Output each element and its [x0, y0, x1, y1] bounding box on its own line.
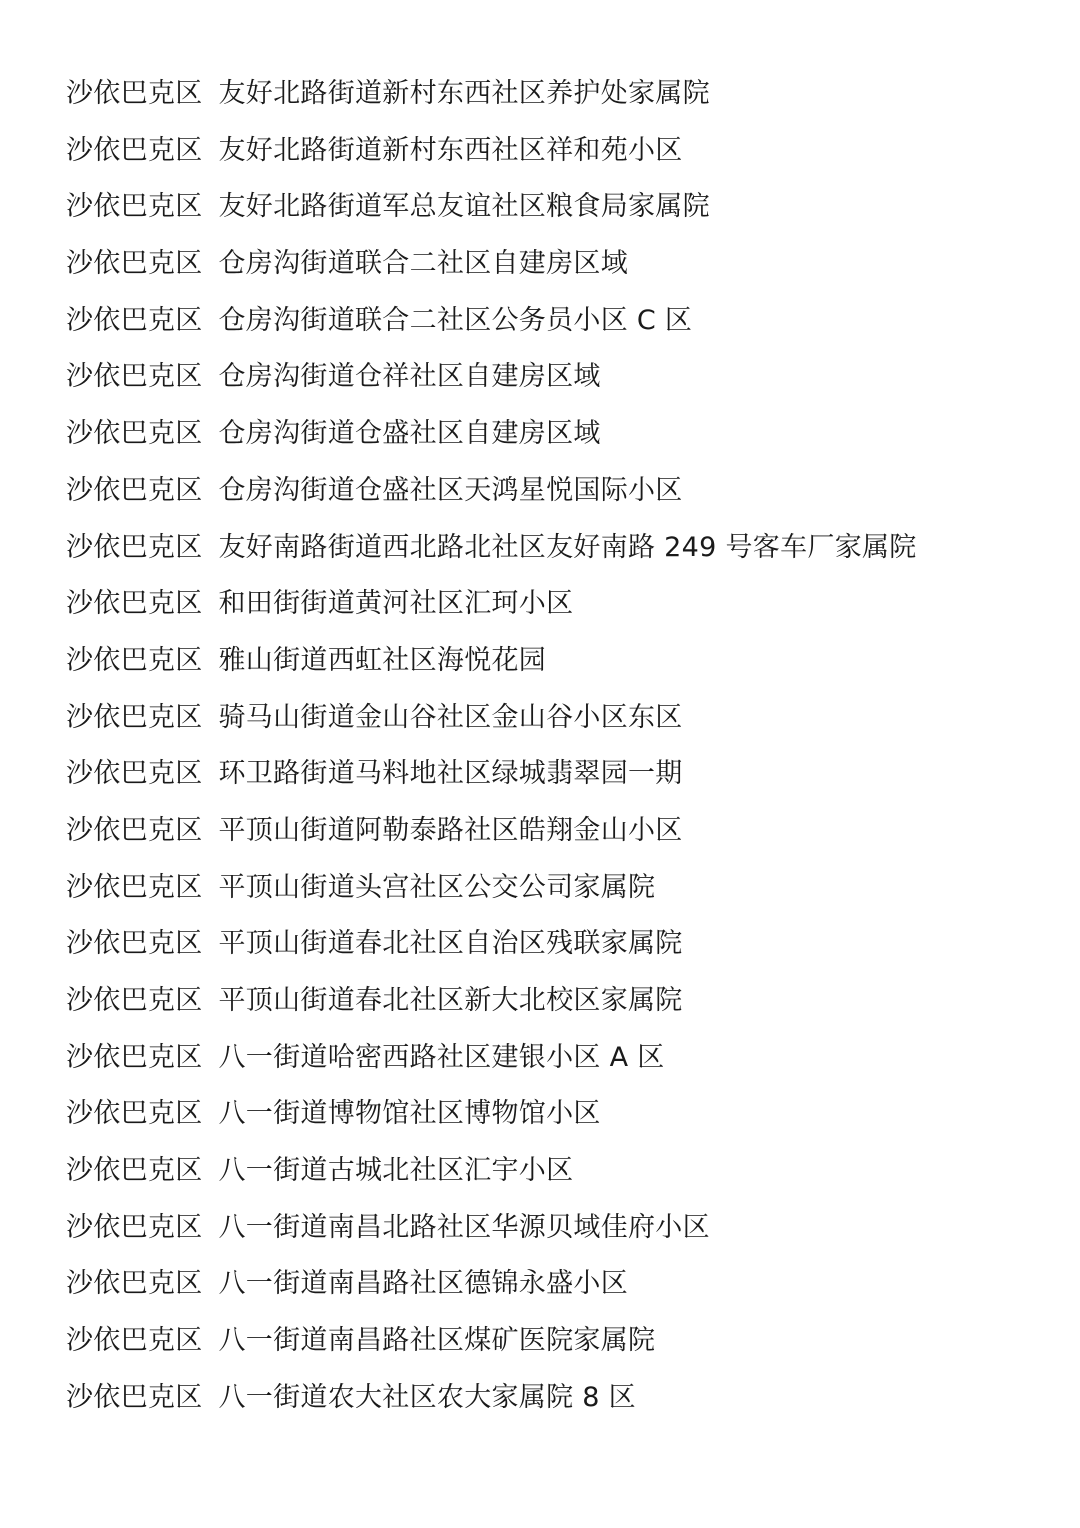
list-item: 沙依巴克区友好北路街道新村东西社区祥和苑小区	[66, 127, 1026, 184]
list-item: 沙依巴克区友好南路街道西北路北社区友好南路 249 号客车厂家属院	[66, 524, 1026, 581]
district-name: 沙依巴克区	[66, 240, 203, 288]
location-name: 仓房沟街道仓盛社区天鸿星悦国际小区	[219, 467, 683, 515]
location-name: 八一街道南昌路社区煤矿医院家属院	[219, 1317, 656, 1365]
location-name: 友好北路街道军总友谊社区粮食局家属院	[219, 183, 710, 231]
list-item: 沙依巴克区八一街道博物馆社区博物馆小区	[66, 1090, 1026, 1147]
district-name: 沙依巴克区	[66, 127, 203, 175]
list-item: 沙依巴克区平顶山街道春北社区自治区残联家属院	[66, 920, 1026, 977]
location-name: 友好北路街道新村东西社区养护处家属院	[219, 70, 710, 118]
district-name: 沙依巴克区	[66, 1317, 203, 1365]
list-item: 沙依巴克区友好北路街道新村东西社区养护处家属院	[66, 70, 1026, 127]
district-name: 沙依巴克区	[66, 1260, 203, 1308]
location-name: 八一街道古城北社区汇宇小区	[219, 1147, 574, 1195]
location-name: 骑马山街道金山谷社区金山谷小区东区	[219, 694, 683, 742]
document-page: 沙依巴克区友好北路街道新村东西社区养护处家属院 沙依巴克区友好北路街道新村东西社…	[66, 70, 1026, 1431]
list-item: 沙依巴克区仓房沟街道仓祥社区自建房区域	[66, 353, 1026, 410]
list-item: 沙依巴克区仓房沟街道联合二社区自建房区域	[66, 240, 1026, 297]
district-name: 沙依巴克区	[66, 297, 203, 345]
location-name: 和田街街道黄河社区汇珂小区	[219, 580, 574, 628]
district-name: 沙依巴克区	[66, 807, 203, 855]
list-item: 沙依巴克区和田街街道黄河社区汇珂小区	[66, 580, 1026, 637]
location-name: 仓房沟街道仓祥社区自建房区域	[219, 353, 601, 401]
district-name: 沙依巴克区	[66, 353, 203, 401]
list-item: 沙依巴克区平顶山街道头宫社区公交公司家属院	[66, 864, 1026, 921]
list-item: 沙依巴克区友好北路街道军总友谊社区粮食局家属院	[66, 183, 1026, 240]
list-item: 沙依巴克区平顶山街道阿勒泰路社区皓翔金山小区	[66, 807, 1026, 864]
location-name: 环卫路街道马料地社区绿城翡翠园一期	[219, 750, 683, 798]
location-name: 友好南路街道西北路北社区友好南路 249 号客车厂家属院	[219, 524, 917, 572]
district-name: 沙依巴克区	[66, 977, 203, 1025]
list-item: 沙依巴克区八一街道南昌路社区煤矿医院家属院	[66, 1317, 1026, 1374]
district-name: 沙依巴克区	[66, 920, 203, 968]
location-name: 友好北路街道新村东西社区祥和苑小区	[219, 127, 683, 175]
district-name: 沙依巴克区	[66, 694, 203, 742]
list-item: 沙依巴克区仓房沟街道仓盛社区天鸿星悦国际小区	[66, 467, 1026, 524]
list-item: 沙依巴克区八一街道哈密西路社区建银小区 A 区	[66, 1034, 1026, 1091]
district-name: 沙依巴克区	[66, 467, 203, 515]
location-name: 雅山街道西虹社区海悦花园	[219, 637, 547, 685]
district-name: 沙依巴克区	[66, 70, 203, 118]
list-item: 沙依巴克区八一街道南昌路社区德锦永盛小区	[66, 1260, 1026, 1317]
district-name: 沙依巴克区	[66, 864, 203, 912]
list-item: 沙依巴克区仓房沟街道仓盛社区自建房区域	[66, 410, 1026, 467]
location-name: 八一街道农大社区农大家属院 8 区	[219, 1374, 636, 1422]
list-item: 沙依巴克区雅山街道西虹社区海悦花园	[66, 637, 1026, 694]
location-name: 平顶山街道春北社区新大北校区家属院	[219, 977, 683, 1025]
list-item: 沙依巴克区平顶山街道春北社区新大北校区家属院	[66, 977, 1026, 1034]
list-item: 沙依巴克区八一街道南昌北路社区华源贝域佳府小区	[66, 1204, 1026, 1261]
district-name: 沙依巴克区	[66, 1374, 203, 1422]
location-name: 平顶山街道阿勒泰路社区皓翔金山小区	[219, 807, 683, 855]
district-name: 沙依巴克区	[66, 1034, 203, 1082]
location-name: 仓房沟街道仓盛社区自建房区域	[219, 410, 601, 458]
location-name: 平顶山街道春北社区自治区残联家属院	[219, 920, 683, 968]
district-name: 沙依巴克区	[66, 524, 203, 572]
list-item: 沙依巴克区仓房沟街道联合二社区公务员小区 C 区	[66, 297, 1026, 354]
list-item: 沙依巴克区八一街道农大社区农大家属院 8 区	[66, 1374, 1026, 1431]
location-name: 八一街道哈密西路社区建银小区 A 区	[219, 1034, 665, 1082]
list-item: 沙依巴克区八一街道古城北社区汇宇小区	[66, 1147, 1026, 1204]
district-name: 沙依巴克区	[66, 750, 203, 798]
district-name: 沙依巴克区	[66, 637, 203, 685]
district-name: 沙依巴克区	[66, 1090, 203, 1138]
list-item: 沙依巴克区骑马山街道金山谷社区金山谷小区东区	[66, 694, 1026, 751]
district-name: 沙依巴克区	[66, 183, 203, 231]
district-name: 沙依巴克区	[66, 580, 203, 628]
district-name: 沙依巴克区	[66, 1147, 203, 1195]
location-name: 平顶山街道头宫社区公交公司家属院	[219, 864, 656, 912]
location-name: 八一街道南昌北路社区华源贝域佳府小区	[219, 1204, 710, 1252]
location-name: 仓房沟街道联合二社区公务员小区 C 区	[219, 297, 693, 345]
district-name: 沙依巴克区	[66, 1204, 203, 1252]
location-name: 八一街道南昌路社区德锦永盛小区	[219, 1260, 629, 1308]
list-item: 沙依巴克区环卫路街道马料地社区绿城翡翠园一期	[66, 750, 1026, 807]
district-name: 沙依巴克区	[66, 410, 203, 458]
location-name: 仓房沟街道联合二社区自建房区域	[219, 240, 629, 288]
location-name: 八一街道博物馆社区博物馆小区	[219, 1090, 601, 1138]
